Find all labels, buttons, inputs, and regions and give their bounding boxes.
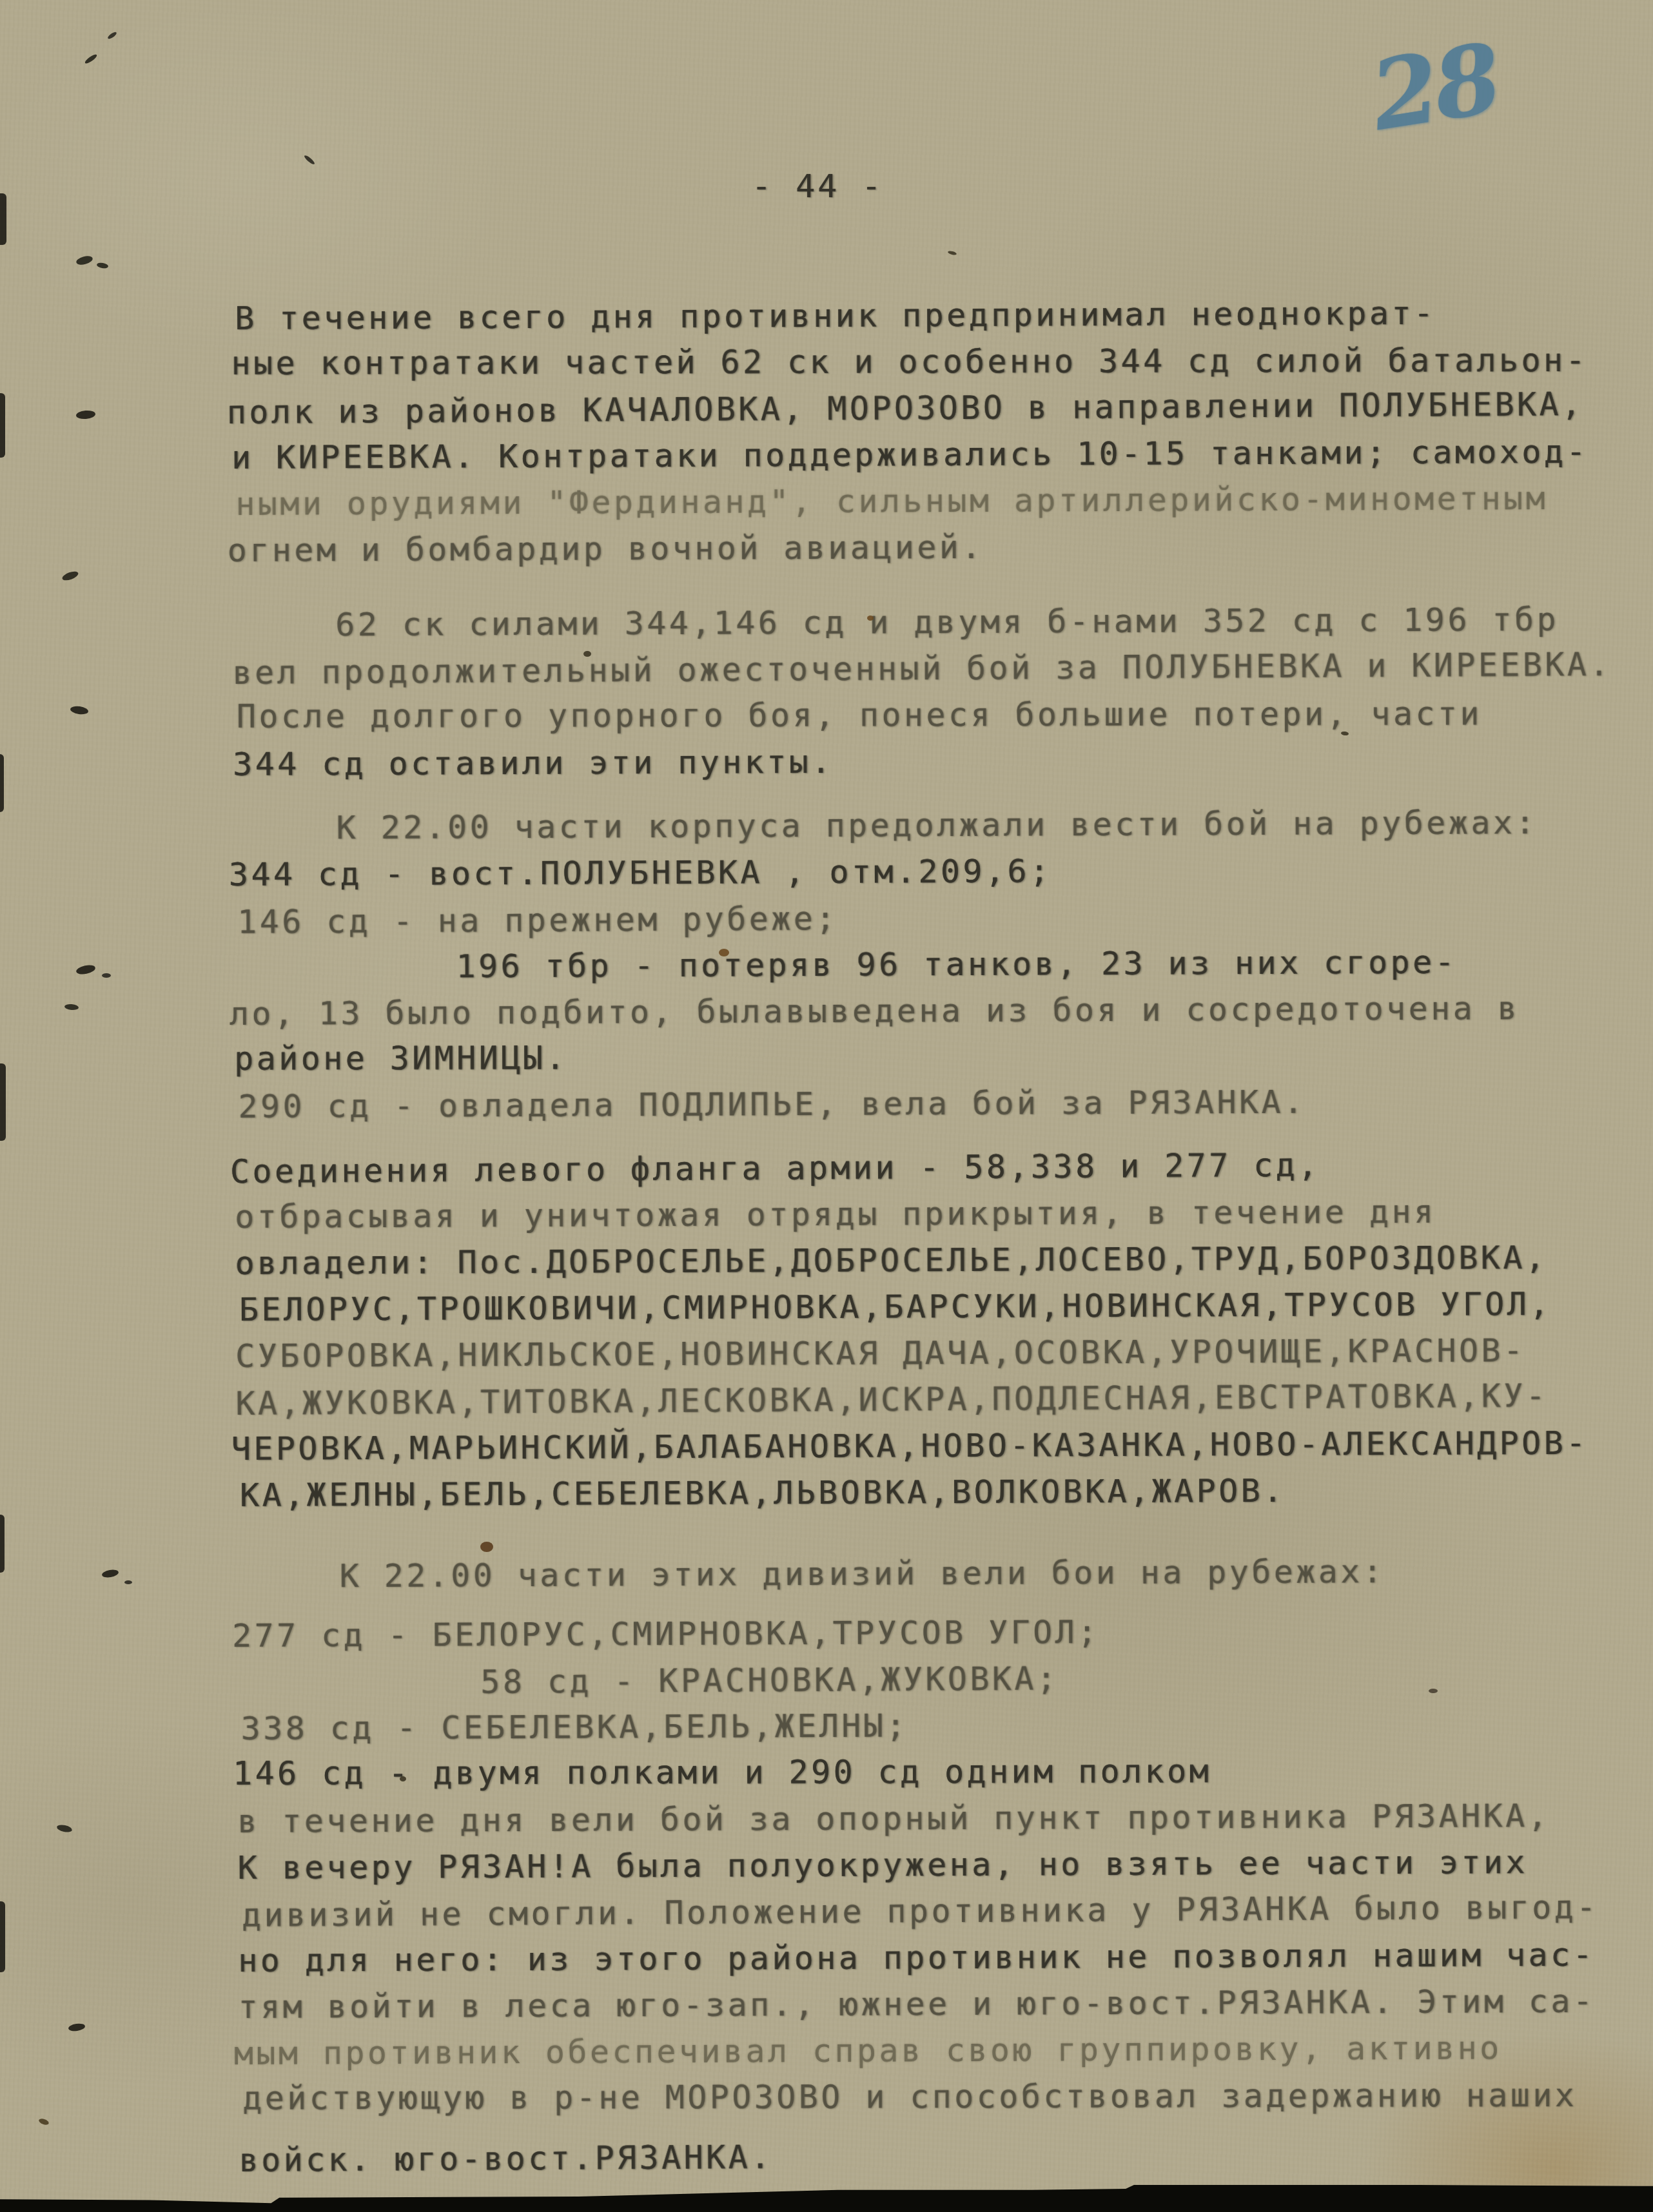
handwritten-page-number: 28 [1365,30,1503,144]
text-line: овладели: Пос.ДОБРОСЕЛЬЕ,ДОБРОСЕЛЬЕ,ЛОСЕ… [235,1234,1621,1286]
text-line: 196 тбр - потеряв 96 танков, 23 из них с… [456,938,1619,990]
text-line: ЧЕРОВКА,МАРЬИНСКИЙ,БАЛАБАНОВКА,НОВО-КАЗА… [231,1420,1622,1472]
scan-left-edge-mark [0,1515,5,1573]
text-line: огнем и бомбардир вочной авиацией. [228,521,1618,574]
paper-speck [64,1004,79,1011]
paper-speck [96,262,108,269]
text-line: полк из районов КАЧАЛОВКА, МОРОЗОВО в на… [227,381,1618,436]
text-line: районе ЗИМНИЦЫ. [234,1033,1620,1082]
text-line: После долгого упорного боя, понеся больш… [237,690,1619,740]
text-line: действующую в р-не МОРОЗОВО и способство… [242,2072,1625,2122]
text-line: 344 сд оставили эти пункты. [233,735,1619,788]
paper-speck [68,2023,85,2032]
text-line: 146 сд - двумя полками и 290 сд одним по… [233,1747,1623,1797]
text-line: КА,ЖЕЛНЫ,БЕЛЬ,СЕБЕЛЕВКА,ЛЬВОВКА,ВОЛКОВКА… [240,1466,1622,1518]
paper-speck [102,973,111,978]
scan-left-edge-mark [0,1063,6,1141]
text-line: 62 ск силами 344,146 сд и двумя б-нами 3… [335,596,1618,648]
text-line: ные контратаки частей 62 ск и особенно 3… [231,337,1617,387]
text-line: БЕЛОРУС,ТРОШКОВИЧИ,СМИРНОВКА,БАРСУКИ,НОВ… [239,1281,1621,1333]
typed-page-number: - 44 - [752,163,884,209]
text-line: КА,ЖУКОВКА,ТИТОВКА,ЛЕСКОВКА,ИСКРА,ПОДЛЕС… [235,1372,1621,1427]
text-line: и КИРЕЕВКА. Контратаки поддерживались 10… [231,429,1618,481]
paper-speck [38,2118,50,2126]
paper-speck [84,53,98,64]
paper-speck [480,1542,493,1552]
paper-speck [56,1824,73,1834]
paper-speck [583,651,591,657]
text-line: К 22.00 части корпуса предолжали вести б… [336,799,1619,851]
text-line: К 22.00 части этих дивизий вели бои на р… [340,1547,1623,1600]
scan-left-edge-mark [0,193,6,245]
paper-speck [75,410,95,420]
paper-speck [719,949,729,956]
text-line: 277 сд - БЕЛОРУС,СМИРНОВКА,ТРУСОВ УГОЛ; [232,1607,1623,1659]
paper-speck [61,570,79,582]
paper-speck [124,1580,132,1584]
paper-speck [107,31,118,40]
paper-speck [867,616,874,621]
text-line: СУБОРОВКА,НИКЛЬСКОЕ,НОВИНСКАЯ ДАЧА,ОСОВК… [235,1327,1621,1379]
scan-left-edge-mark [0,393,5,458]
paper-speck [1429,1689,1438,1693]
text-line: в течение дня вели бой за опорный пункт … [237,1792,1623,1845]
text-line: войск. юго-вост.РЯЗАНКА. [239,2129,1625,2184]
text-line: ными орудиями "Фердинанд", сильным артил… [235,475,1618,527]
text-line: 58 сд - КРАСНОВКА,ЖУКОВКА; [480,1652,1623,1705]
text-line: ло, 13 было подбито, былавыведена из боя… [230,985,1620,1037]
typewritten-text: В течение всего дня противник предприним… [231,289,1625,2182]
text-line: вел продолжительный ожесточенный бой за … [232,641,1618,696]
text-line: но для него: из этого района противник н… [238,1932,1624,1984]
text-line: отбрасывая и уничтожая отряды прикрытия,… [235,1188,1621,1240]
text-line: 338 сд - СЕБЕЛЕВКА,БЕЛЬ,ЖЕЛНЫ; [241,1700,1623,1752]
paper-speck [101,1569,119,1578]
paper-speck [75,964,96,976]
text-line: К вечеру РЯЗАН!А была полуокружена, но в… [237,1839,1623,1891]
text-line: В течение всего дня противник предприним… [235,289,1617,342]
paper-speck [75,255,93,266]
paper-speck [948,250,957,255]
scan-left-edge-mark [0,1901,5,1972]
document-page: 28 - 44 - В течение всего дня противник … [0,0,1653,2212]
text-line: тям войти в леса юго-зап., южнее и юго-в… [238,1978,1624,2030]
text-line: дивизий не смогли. Положение противника … [242,1884,1624,1939]
text-line: Соединения левого фланга армии - 58,338 … [230,1140,1621,1195]
paper-speck [303,154,315,165]
text-line: 344 сд - вост.ПОЛУБНЕВКА , отм.209,6; [229,846,1619,898]
text-line: 290 сд - овладела ПОДЛИПЬЕ, вела бой за … [238,1078,1620,1130]
paper-speck [70,705,88,715]
paper-speck [400,1776,406,1781]
scan-left-edge-mark [0,754,4,812]
text-line: 146 сд - на прежнем рубеже; [237,891,1619,946]
text-line: мым противник обеспечивал справ свою гру… [234,2024,1625,2077]
